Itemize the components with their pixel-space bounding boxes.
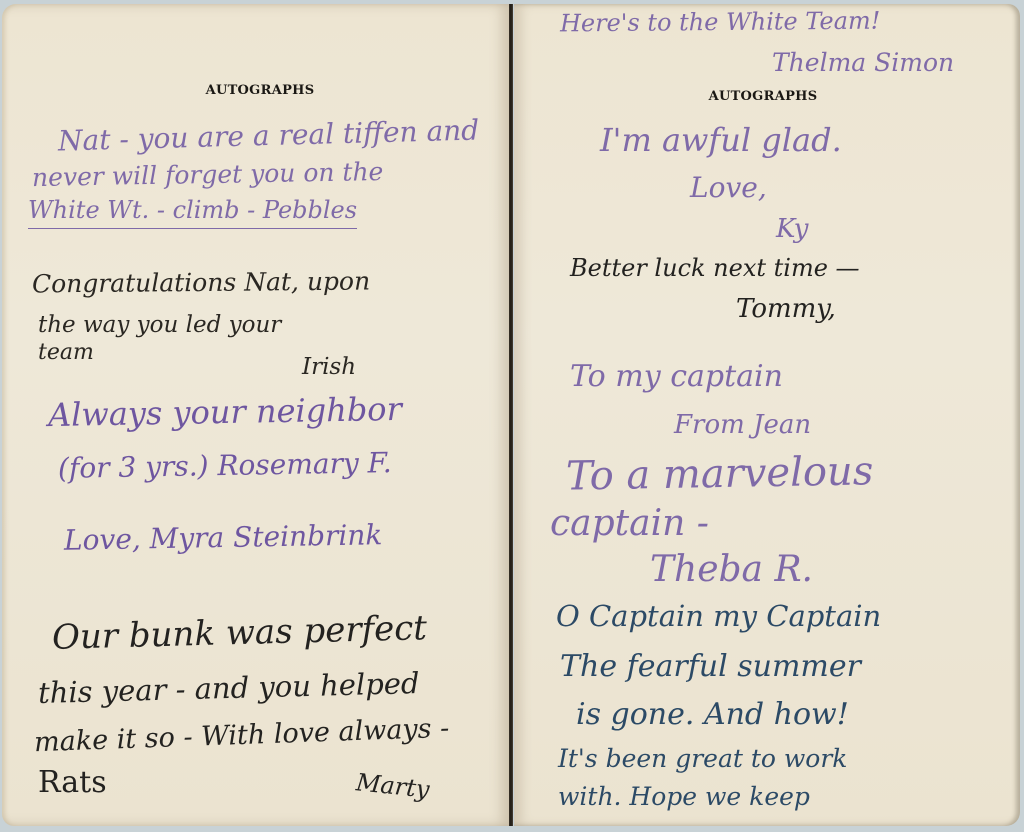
entry-line: To my captain [570,362,783,392]
entry-line: this year - and you helped [38,669,420,708]
entry-line: never will forget you on the [32,159,384,190]
entry-line: The fearful summer [560,652,861,682]
book-spine [509,4,513,826]
right-page-heading: AUTOGRAPHS [514,89,1016,104]
autograph-book-spread: AUTOGRAPHS Nat - you are a real tiffen a… [0,0,1024,832]
entry-line: Love, [690,174,767,202]
entry-extra-text: Rats [38,768,107,798]
entry-line: captain - [550,506,709,542]
entry-line: is gone. And how! [576,700,849,730]
entry-line: with. Hope we keep [558,784,810,809]
entry-line: make it so - With love always - [34,715,450,756]
entry-signature: From Jean [674,412,811,438]
entry-signature: Marty [355,770,431,802]
entry-signature: Irish [302,356,356,379]
entry-signature: Theba R. [650,552,813,588]
entry-line: team [38,342,94,364]
entry-line: the way you led your [38,314,281,337]
entry-line: Love, Myra Steinbrink [64,521,383,555]
entry-line: White Wt. - climb - Pebbles [28,198,357,229]
entry-line: It's been great to work [558,746,847,771]
entry-line: I'm awful glad. [600,124,842,156]
left-page-heading: AUTOGRAPHS [6,83,510,98]
entry-line: Congratulations Nat, upon [32,269,370,297]
entry-signature: Ky [776,216,808,242]
entry-signature: Tommy, [736,296,836,322]
entry-line: Always your neighbor [48,393,402,431]
entry-line: To a marvelous [566,451,874,496]
entry-line: (for 3 yrs.) Rosemary F. [58,449,392,483]
right-page: AUTOGRAPHS Here's to the White Team! The… [514,4,1020,826]
entry-line: Here's to the White Team! [560,9,881,36]
entry-line: Our bunk was perfect [52,611,428,655]
entry-signature: Thelma Simon [772,50,954,75]
left-page: AUTOGRAPHS Nat - you are a real tiffen a… [2,4,510,826]
entry-line: O Captain my Captain [556,602,881,631]
entry-line: Nat - you are a real tiffen and [58,116,480,155]
entry-line: Better luck next time — [570,256,860,280]
